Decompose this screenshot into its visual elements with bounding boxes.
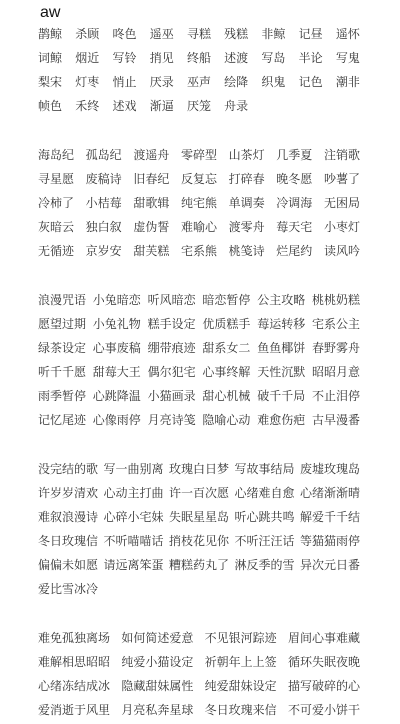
- word-item: 捎枝花见你: [169, 529, 229, 553]
- word-item: 吵薯了: [324, 167, 360, 191]
- word-item: 优质糕手: [202, 312, 250, 336]
- word-item: 帧色: [38, 94, 62, 118]
- word-item: 难解相思昭昭: [38, 650, 110, 674]
- word-item: 几季夏: [276, 143, 312, 167]
- word-item: 旧春纪: [133, 167, 169, 191]
- word-item: 渡零舟: [229, 215, 265, 239]
- word-item: 听风暗恋: [148, 288, 196, 312]
- word-item: 春野雾舟: [312, 336, 360, 360]
- word-item: 渐逼: [150, 94, 174, 118]
- word-item: 厌录: [150, 70, 174, 94]
- word-item: 反复忘: [181, 167, 217, 191]
- word-item: 昭昭月意: [312, 360, 360, 384]
- word-section-three-char-words: 海岛纪孤岛纪渡遥舟零碎型山茶灯几季夏注销歌寻星愿废稿诗旧春纪反复忘打碎春晚冬愿吵…: [38, 143, 360, 263]
- word-item: 记色: [299, 70, 323, 94]
- word-item: 词鲸: [38, 46, 62, 70]
- word-item: 捎见: [150, 46, 174, 70]
- word-item: 绘降: [224, 70, 248, 94]
- word-item: 梨宋: [38, 70, 62, 94]
- word-item: 小兔暗恋: [93, 288, 141, 312]
- word-item: 纯宅熊: [181, 191, 217, 215]
- word-item: 废稿诗: [86, 167, 122, 191]
- word-item: 甜芙糕: [133, 239, 169, 263]
- word-item: 悄止: [112, 70, 136, 94]
- word-item: 心碎小宅妹: [103, 505, 163, 529]
- word-item: 寻糕: [187, 22, 211, 46]
- word-item: 渡遥舟: [133, 143, 169, 167]
- word-item: 半论: [299, 46, 323, 70]
- word-item: 写铃: [112, 46, 136, 70]
- word-item: 桃笺诗: [229, 239, 265, 263]
- word-item: 天性沉默: [257, 360, 305, 384]
- word-item: 巫声: [187, 70, 211, 94]
- word-item: 无困局: [324, 191, 360, 215]
- word-item: 没完结的歌: [38, 457, 98, 481]
- word-item: 莓天宅: [276, 215, 312, 239]
- word-item: 厌笼: [187, 94, 211, 118]
- word-item: 烟近: [75, 46, 99, 70]
- word-item: 雨季暂停: [38, 384, 86, 408]
- word-item: 宅系熊: [181, 239, 217, 263]
- word-item: 宅系公主: [312, 312, 360, 336]
- word-item: 请远离笨蛋: [103, 553, 163, 577]
- word-item: 读风吟: [324, 239, 360, 263]
- word-item: 织鬼: [261, 70, 285, 94]
- word-item: 心绪难自愈: [234, 481, 294, 505]
- word-item: 冷柿了: [38, 191, 74, 215]
- word-item: 非鲸: [261, 22, 285, 46]
- word-item: 单调奏: [229, 191, 265, 215]
- word-item: 小枣灯: [324, 215, 360, 239]
- word-item: 小猫画录: [148, 384, 196, 408]
- word-item: 难免孤独离场: [38, 626, 110, 650]
- word-item: 寻星愿: [38, 167, 74, 191]
- word-item: 许一百次愿: [169, 481, 229, 505]
- word-item: 山茶灯: [229, 143, 265, 167]
- word-item: 绿茶设定: [38, 336, 86, 360]
- word-item: 述渡: [224, 46, 248, 70]
- word-item: 甜心机械: [202, 384, 250, 408]
- word-item: 眉间心事难藏: [288, 626, 360, 650]
- word-item: 异次元日番: [300, 553, 360, 577]
- word-item: 心绪渐渐晴: [300, 481, 360, 505]
- word-section-two-char-words: 鹊鲸杀顾咚色遥巫寻糕残糕非鲸记昼遥怀词鲸烟近写铃捎见终船述渡写岛半论写鬼梨宋灯枣…: [38, 22, 360, 118]
- word-item: 海岛纪: [38, 143, 74, 167]
- word-item: 失眠星星岛: [169, 505, 229, 529]
- word-item: 听千千愿: [38, 360, 86, 384]
- word-item: 舟录: [224, 94, 248, 118]
- word-item: 小兔礼物: [93, 312, 141, 336]
- word-item: 独白叙: [86, 215, 122, 239]
- word-item: 描写破碎的心: [288, 674, 360, 698]
- word-item: 心动主打曲: [103, 481, 163, 505]
- word-item: 京岁安: [86, 239, 122, 263]
- word-item: 冬日玫瑰来信: [205, 698, 277, 722]
- word-item: 爱消逝于风里: [38, 698, 110, 722]
- word-item: 鱼鱼椰饼: [257, 336, 305, 360]
- word-item: 祈朝年上上签: [205, 650, 277, 674]
- word-item: 古早漫番: [312, 408, 360, 432]
- word-item: 小桔莓: [86, 191, 122, 215]
- word-item: 潮非: [336, 70, 360, 94]
- word-item: 写岛: [261, 46, 285, 70]
- word-item: 公主攻略: [257, 288, 305, 312]
- word-item: 杀顾: [75, 22, 99, 46]
- word-item: 烂尾约: [276, 239, 312, 263]
- word-item: 不见银河踪迹: [205, 626, 277, 650]
- word-item: 写故事结局: [234, 457, 294, 481]
- word-section-six-char-words: 难免孤独离场如何简述爱意不见银河踪迹眉间心事难藏难解相思昭昭纯爱小猫设定祈朝年上…: [38, 626, 360, 722]
- word-item: 解爱千千结: [300, 505, 360, 529]
- word-item: 残糕: [224, 22, 248, 46]
- word-item: 隐藏甜妹属性: [121, 674, 193, 698]
- word-item: 鹊鲸: [38, 22, 62, 46]
- word-item: 桃桃奶糕: [312, 288, 360, 312]
- word-item: 心跳降温: [93, 384, 141, 408]
- word-item: 淋反季的雪: [234, 553, 294, 577]
- word-item: 甜莓大王: [93, 360, 141, 384]
- word-item: 糟糕药丸了: [169, 553, 229, 577]
- word-item: 晚冬愿: [276, 167, 312, 191]
- word-item: 许岁岁清欢: [38, 481, 98, 505]
- word-item: 无循迹: [38, 239, 74, 263]
- page-title: aw: [40, 4, 360, 22]
- word-item: 注销歌: [324, 143, 360, 167]
- word-item: 打碎春: [229, 167, 265, 191]
- word-item: 心事废稿: [93, 336, 141, 360]
- word-item: 如何简述爱意: [121, 626, 193, 650]
- word-item: 冷调海: [276, 191, 312, 215]
- word-item: 难喻心: [181, 215, 217, 239]
- word-item: 月亮诗笺: [148, 408, 196, 432]
- word-item: 月亮私奔星球: [121, 698, 193, 722]
- word-item: 莓运转移: [257, 312, 305, 336]
- word-item: 写鬼: [336, 46, 360, 70]
- word-section-four-char-words: 浪漫咒语小兔暗恋听风暗恋暗恋暂停公主攻略桃桃奶糕愿望过期小兔礼物糕手设定优质糕手…: [38, 288, 360, 432]
- word-item: 爱比雪冰冷: [38, 577, 98, 601]
- word-item: 偏偏未如愿: [38, 553, 98, 577]
- word-item: 暗恋暂停: [202, 288, 250, 312]
- word-item: 等猫猫雨停: [300, 529, 360, 553]
- word-item: 灯枣: [75, 70, 99, 94]
- word-item: 冬日玫瑰信: [38, 529, 98, 553]
- word-item: 灰暗云: [38, 215, 74, 239]
- word-item: 绷带痕迹: [148, 336, 196, 360]
- word-item: 禾终: [75, 94, 99, 118]
- word-item: 不可爱小饼干: [288, 698, 360, 722]
- word-item: 隐喻心动: [202, 408, 250, 432]
- word-item: 遥怀: [336, 22, 360, 46]
- word-item: 浪漫咒语: [38, 288, 86, 312]
- word-item: 纯爱甜妹设定: [205, 674, 277, 698]
- word-item: 循环失眠夜晚: [288, 650, 360, 674]
- word-item: 终船: [187, 46, 211, 70]
- word-item: 述戏: [112, 94, 136, 118]
- word-item: 记忆尾迹: [38, 408, 86, 432]
- word-sections: 鹊鲸杀顾咚色遥巫寻糕残糕非鲸记昼遥怀词鲸烟近写铃捎见终船述渡写岛半论写鬼梨宋灯枣…: [38, 22, 360, 722]
- word-list-page: aw 鹊鲸杀顾咚色遥巫寻糕残糕非鲸记昼遥怀词鲸烟近写铃捎见终船述渡写岛半论写鬼梨…: [0, 0, 400, 724]
- word-item: 难叙浪漫诗: [38, 505, 98, 529]
- word-item: 虚伪誓: [133, 215, 169, 239]
- word-item: 甜系女二: [202, 336, 250, 360]
- word-item: 听心跳共鸣: [234, 505, 294, 529]
- word-item: 心像雨停: [93, 408, 141, 432]
- word-item: 玫瑰白日梦: [169, 457, 229, 481]
- word-item: 不听喵喵话: [103, 529, 163, 553]
- word-item: 糕手设定: [148, 312, 196, 336]
- word-item: 遥巫: [150, 22, 174, 46]
- word-item: 甜歌辑: [133, 191, 169, 215]
- word-item: 记昼: [299, 22, 323, 46]
- word-item: 难愈伤疤: [257, 408, 305, 432]
- word-item: 破千千局: [257, 384, 305, 408]
- word-item: 愿望过期: [38, 312, 86, 336]
- word-item: 偶尔犯宅: [148, 360, 196, 384]
- word-item: 纯爱小猫设定: [121, 650, 193, 674]
- word-item: 孤岛纪: [86, 143, 122, 167]
- word-item: 废墟玫瑰岛: [300, 457, 360, 481]
- word-item: 不止泪停: [312, 384, 360, 408]
- word-item: 心绪冻结成冰: [38, 674, 110, 698]
- word-item: 写一曲别离: [103, 457, 163, 481]
- word-section-five-char-words: 没完结的歌写一曲别离玫瑰白日梦写故事结局废墟玫瑰岛许岁岁清欢心动主打曲许一百次愿…: [38, 457, 360, 601]
- word-item: 零碎型: [181, 143, 217, 167]
- word-item: 心事终解: [202, 360, 250, 384]
- word-item: 咚色: [112, 22, 136, 46]
- word-item: 不听汪汪话: [234, 529, 294, 553]
